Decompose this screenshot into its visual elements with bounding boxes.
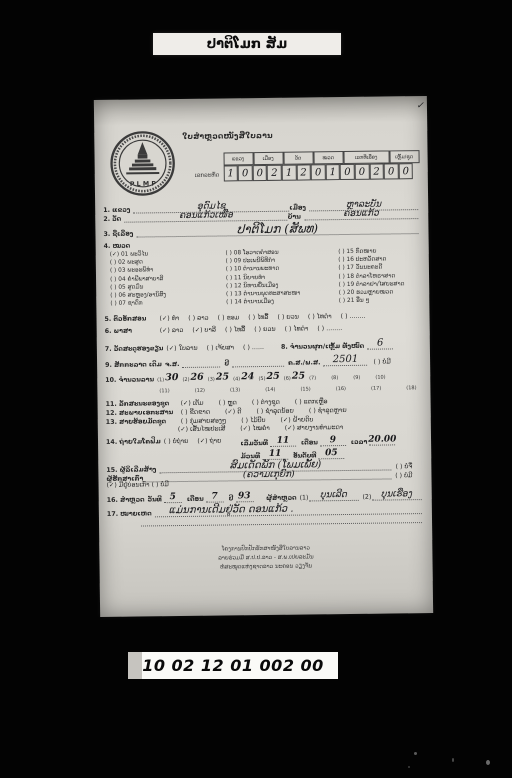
code-digit: 0 <box>257 168 264 180</box>
leaf-count-row-1: (1)30(2)26(3)25(4)24(5)25(6)25(7)(8)(9)(… <box>157 370 401 382</box>
microfilm-date-part: ເລີ່ມວັນທີ11 <box>240 437 296 448</box>
field-label: 5. ຕົວອັກສອນ <box>104 315 156 323</box>
code-digit-cell: 0 <box>311 164 326 180</box>
leaf-count-slots-2: (11)(12)(13)(14)(15)(16)(17)(18)(19)(20) <box>159 383 433 394</box>
checkbox-option: ( ) ຫຼຸດ <box>219 399 237 406</box>
checkbox-option: (✓) ບາລີ <box>192 327 216 334</box>
leaf-count-slot: (13) <box>230 387 251 393</box>
field-label: 9. ສັກກະລາດ ເດິມ <box>105 361 162 369</box>
field-label: 7. ວັດສະດຸຮອງຂຽນ <box>105 345 164 353</box>
code-digit-row: 1002120100200 <box>223 163 419 181</box>
handwritten-film-value: 11 <box>277 437 290 446</box>
checkbox-option: ( ) ໄທລື້ <box>248 314 268 321</box>
code-digit-cell: 2 <box>296 164 311 180</box>
checkbox-option: (✓) ສາຍງານທຳມະດາ <box>285 424 344 432</box>
field-label: 3. ຊື່ເລື່ອງ <box>103 231 133 238</box>
handwritten-surveyor-2: ບຸນເຮືອງ <box>381 490 412 499</box>
leaf-count-slot: (18) <box>406 385 427 391</box>
field-label: 10. ຈຳນວນລານ <box>105 376 154 384</box>
code-column-header: ແຂວງ <box>223 152 253 165</box>
field-title-of-text: 3. ຊື່ເລື່ອງ ປາຕິໂມກ (ສັພທ) <box>103 220 418 238</box>
leaf-count-slot: (4)24 <box>233 372 254 382</box>
checkbox-option: ( ) ໄທດຳ <box>308 313 332 320</box>
checkmark-annotation: ✓ <box>416 102 424 111</box>
handwritten-temple: ຄອນແກ້ວເໜືອ <box>179 211 233 221</box>
leaf-count-slot: (17) <box>371 385 392 391</box>
language-options: (✓) ລາວ(✓) ບາລີ( ) ໄທລື້( ) ຍວນ( ) ໄທດຳ(… <box>160 325 352 334</box>
handwritten-survey-value: 5 <box>170 493 176 502</box>
condition-options: ( ) ຂີດຂາດ(✓) ດີ( ) ຊຳລຸດນ້ອຍ( ) ຊຳລຸດຫຼ… <box>181 407 362 416</box>
code-digit: 1 <box>330 167 337 179</box>
checkbox-option: (✓) ມີຢູ່ບ່ອນເກົ່າ ( ) ບໍ່ມີ <box>107 481 169 489</box>
temple-seal: P L M P <box>108 129 177 198</box>
cord-options-2: (✓) ເສັ້ນໄໝປະເສີ(✓) ໄໝຄຳ(✓) ສາຍງານທຳມະດາ <box>178 424 358 433</box>
microfilm-date-part: ເດືອນ9 <box>301 436 346 447</box>
handwritten-film-value: 9 <box>330 436 336 445</box>
handwritten-surveyor-1: ບຸນເລີດ <box>320 491 347 500</box>
leaf-count-slot: (14) <box>265 387 286 393</box>
code-column-header: ວັດ <box>283 151 313 164</box>
code-column-header: ເມືອງ <box>253 152 283 165</box>
survey-date-part: ປີ93 <box>229 492 254 502</box>
document-page: ✓ P L M P ໃບສຳຫຼວດໜັງສືໃບລານ ເລກລະຫັດ ແຂ… <box>94 96 433 617</box>
film-artifact <box>486 760 490 765</box>
checkbox-option: (✓) ທຳ <box>159 315 179 322</box>
checkbox-option: ( ) ບໍ່ຖ່າຍ <box>164 438 189 445</box>
leaf-count-slot: (16) <box>336 386 357 392</box>
field-era-date: 9. ສັກກະລາດ ເດິມ ຈ.ສ. ປີ ຄ.ສ./ພ.ສ. 2501 … <box>105 355 420 369</box>
field-label: ຜູ້ສຳຫຼວດ <box>266 495 296 502</box>
handwritten-leaf-count: 26 <box>190 373 203 383</box>
checkbox-option: ( ) ກຸ່ມສາຍສອງໆ <box>181 417 226 425</box>
handwritten-year: 2501 <box>333 355 359 365</box>
code-digit-cell: 0 <box>340 164 355 180</box>
leaf-count-row-2: (11)(12)(13)(14)(15)(16)(17)(18)(19)(20) <box>159 384 420 394</box>
film-title-strip: ປາຕິໂມກ ສັມ <box>153 33 341 55</box>
field-label: 8. ຈຳນວນຜູກ/ເຫຼັ້ມ ທັງໝົດ <box>281 343 364 351</box>
leaf-count-slot: (9) <box>353 374 371 380</box>
surveyor-1-label: (1) <box>300 494 309 501</box>
category-column-2: ( ) 08 ໂອວາດຄຳສອນ( ) 09 ປະເພນີພິທີກຳ( ) … <box>225 248 338 307</box>
field-label: 16. ສຳຫຼວດ <box>107 496 145 503</box>
checkbox-option: ( ) ຊຳລຸດນ້ອຍ <box>256 408 293 415</box>
checkbox-option: ( ) ...... <box>243 344 264 351</box>
code-digit: 1 <box>286 168 293 180</box>
checkbox-option: ( ) ຊຳລຸດຫຼາຍ <box>309 407 347 414</box>
code-column-header: ເຫຼັ້ມ/ຊຸດ <box>389 150 419 163</box>
code-digit: 1 <box>227 168 234 180</box>
checkbox-option: ( ) ຍວນ <box>277 314 298 321</box>
checkbox-option: ( ) ໄທລື້ <box>225 326 245 333</box>
code-strip-label: 10 02 12 01 002 00 <box>128 652 338 679</box>
code-column-header: ໝວດ <box>313 151 343 164</box>
handwritten-text-title: ປາຕິໂມກ (ສັພທ) <box>237 222 319 235</box>
category-grid: (✓) 01 ພະວິໄນ( ) 02 ພະສູດ( ) 03 ພະອະພິທຳ… <box>110 247 424 308</box>
handwritten-roll-value: 11 <box>269 450 282 459</box>
leaf-count-slot: (8) <box>331 374 349 380</box>
handwritten-roll-value: 05 <box>325 449 338 458</box>
script-options: (✓) ທຳ( ) ລາວ( ) ຂອມ( ) ໄທລື້( ) ຍວນ( ) … <box>159 313 374 323</box>
handwritten-leaf-count: 25 <box>216 372 229 382</box>
code-digit-cell: 1 <box>223 165 238 181</box>
form-title: ໃບສຳຫຼວດໜັງສືໃບລານ <box>182 131 273 141</box>
leaf-count-slot: (5)25 <box>258 372 279 382</box>
field-language: 6. ພາສາ (✓) ລາວ(✓) ບາລີ( ) ໄທລື້( ) ຍວນ(… <box>105 324 420 335</box>
code-digit-cell: 0 <box>252 165 267 181</box>
handwritten-survey-value: 7 <box>211 493 217 502</box>
checkbox-option: (✓) ໄໝຄຳ <box>240 425 270 432</box>
microfilm-options: ( ) ບໍ່ຖ່າຍ(✓) ຖ່າຍ <box>164 437 231 445</box>
code-digit: 0 <box>242 168 249 180</box>
code-area: ເລກລະຫັດ ແຂວງເມືອງວັດໝວດເລກທີເລື່ອງເຫຼັ້… <box>195 150 420 182</box>
code-digit: 0 <box>315 167 322 179</box>
code-digit: 0 <box>359 167 366 179</box>
checkbox-option: ( ) ຕ່າງຊຸດ <box>252 399 280 406</box>
handwritten-leaf-count: 25 <box>266 372 279 382</box>
seal-letters: P L M P <box>130 181 157 188</box>
field-label: 2. ວັດ <box>103 216 121 223</box>
microfilm-date-line: ເລີ່ມວັນທີ11ເດືອນ9ເວລາ20.00 <box>240 435 400 447</box>
code-digit-cell: 0 <box>384 163 399 179</box>
field-label: 6. ພາສາ <box>105 327 157 335</box>
checkbox-option: (✓) ເຕັມ <box>181 400 204 407</box>
era-label: ຄ.ສ./ພ.ສ. <box>288 359 321 366</box>
handwritten-village: ຄອນແກ້ວ <box>343 210 379 219</box>
handwritten-leaf-count: 25 <box>292 371 305 381</box>
leaf-count-slot: (7) <box>309 375 327 381</box>
leaf-count-slot: (2)26 <box>182 373 203 383</box>
handwritten-fascicle-count: 6 <box>377 339 383 349</box>
field-label: 14. ຖ່າຍໃມໂຄຟິມ <box>106 438 161 446</box>
category-item: ( ) 07 ຊາດົກ <box>110 299 226 309</box>
code-strip-text: 10 02 12 01 002 00 <box>142 656 324 675</box>
handwritten-survey-value: 93 <box>238 492 251 501</box>
category-item: ( ) 14 ຕຳນານເມືອງ <box>226 297 339 307</box>
code-digit-cell: 0 <box>238 165 253 181</box>
code-digit-cell: 1 <box>325 164 340 180</box>
field-material-and-count: 7. ວັດສະດຸຮອງຂຽນ (✓) ໃບລານ( ) ເຈ້ຍສາ( ) … <box>105 339 420 353</box>
microfilm-date-part: ເວລາ20.00 <box>351 435 396 446</box>
field-label: 13. ສາຍຮ້ອຍມັດຊຸດ <box>106 418 178 426</box>
code-digit: 2 <box>373 167 380 179</box>
survey-date-part: ວັນທີ5 <box>147 493 181 503</box>
checkbox-option: ( ) ໄທດຳ <box>285 325 309 332</box>
code-digit-cell: 1 <box>282 165 297 181</box>
stupa-spire <box>138 142 148 155</box>
leaf-count-slot: (12) <box>195 388 216 394</box>
code-digit: 0 <box>402 166 409 178</box>
film-artifact <box>414 752 417 755</box>
film-title-text: ປາຕິໂມກ ສັມ <box>207 37 288 52</box>
checkbox-option: (✓) ເສັ້ນໄໝປະເສີ <box>178 425 225 433</box>
checkbox-option: ( ) ໄມ້ບີບ <box>241 417 265 424</box>
checkbox-option: ( ) ລາວ <box>188 315 208 322</box>
code-digit: 0 <box>344 167 351 179</box>
form-footer: ໂຄງການປົກປັກຮັກສາໜັງສືໃບລານລາວ ລາຍຮ່ວມມື… <box>99 543 432 574</box>
set-options: (✓) ເຕັມ( ) ຫຼຸດ( ) ຕ່າງຊຸດ( ) ແຕກເຫຼືອ <box>181 398 343 407</box>
leaf-count-slot: (6)25 <box>284 371 305 381</box>
checkbox-option: ( ) ແຕກເຫຼືອ <box>295 398 328 405</box>
field-leaf-counts: 10. ຈຳນວນລານ (1)30(2)26(3)25(4)24(5)25(6… <box>105 370 420 383</box>
checkbox-option: (✓) ຝ້າຍດິບ <box>280 416 313 423</box>
checkbox-option: ( ) ຂີດຂາດ <box>181 409 210 416</box>
category-column-3: ( ) 15 ກົດໝາຍ( ) 16 ປະຫວັດສາດ( ) 17 ວັນນ… <box>338 247 423 305</box>
leaf-count-slot: (10) <box>375 374 396 380</box>
code-digit: 2 <box>271 168 278 180</box>
checkbox-option: ( ) ເຈ້ຍສາ <box>207 344 234 351</box>
leaf-count-slot: (11) <box>159 388 180 394</box>
film-frame: ປາຕິໂມກ ສັມ ✓ P L M P ໃບສຳຫຼວດໜັງສືໃບລານ… <box>0 0 512 778</box>
field-label: ບ້ານ <box>288 214 301 221</box>
code-label: ເລກລະຫັດ <box>195 173 220 179</box>
surveyor-2-label: (2) <box>362 494 371 501</box>
era-label: ຈ.ສ. <box>165 361 180 368</box>
checkbox-option: (✓) ລາວ <box>160 327 184 334</box>
field-label: 11. ລັກສະນະຂອງຊຸດ <box>106 400 178 408</box>
code-column-header: ເລກທີເລື່ອງ <box>343 150 389 164</box>
survey-date: ວັນທີ5ເດືອນ7ປີ93 <box>147 492 258 503</box>
checkbox-option: (✓) ຖ່າຍ <box>197 438 221 445</box>
field-script: 5. ຕົວອັກສອນ (✓) ທຳ( ) ລາວ( ) ຂອມ( ) ໄທລ… <box>104 312 419 323</box>
category-item: ( ) 21 ອື່ນ ໆ <box>339 296 424 305</box>
era-label: ປີ <box>224 360 229 367</box>
leaf-count-slot: (3)25 <box>208 372 229 382</box>
category-column-1: (✓) 01 ພະວິໄນ( ) 02 ພະສູດ( ) 03 ພະອະພິທຳ… <box>110 249 226 308</box>
code-digit-cell: 2 <box>369 164 384 180</box>
checkbox-option: ( ) ບໍ່ມີ <box>373 358 390 365</box>
checkbox-option: ( ) ຂອມ <box>218 314 240 321</box>
film-artifact <box>452 758 454 762</box>
microfilm-details: ເລີ່ມວັນທີ11ເດືອນ9ເວລາ20.00 ມ້ວນທີ11ອັນດ… <box>240 435 400 460</box>
code-digit: 0 <box>388 166 395 178</box>
field-label: 12. ສະພາບເອກະສານ <box>106 409 178 417</box>
leaf-count-slot: (1)30 <box>157 373 178 383</box>
seal-graphic: P L M P <box>108 129 177 198</box>
material-options: (✓) ໃບລານ( ) ເຈ້ຍສາ( ) ...... <box>166 344 273 352</box>
code-table: ແຂວງເມືອງວັດໝວດເລກທີເລື່ອງເຫຼັ້ມ/ຊຸດ 100… <box>223 150 419 181</box>
leaf-count-slot: (15) <box>300 386 321 392</box>
code-digit-cell: 0 <box>355 164 370 180</box>
checkbox-option: ( ) ........ <box>317 325 342 332</box>
field-label: 4. ໝວດ <box>104 243 131 250</box>
film-artifact <box>408 766 410 768</box>
handwritten-leaf-count: 30 <box>165 373 178 383</box>
code-digit-cell: 2 <box>267 165 282 181</box>
handwritten-film-value: 20.00 <box>368 435 396 444</box>
survey-date-part: ເດືອນ7 <box>187 492 224 502</box>
checkbox-option: (✓) ດີ <box>225 408 242 415</box>
handwritten-leaf-count: 24 <box>241 372 254 382</box>
checkbox-option: (✓) ໃບລານ <box>166 345 197 352</box>
checkbox-option: ( ) ຍວນ <box>254 326 275 333</box>
code-digit-cell: 0 <box>398 163 413 179</box>
checkbox-option: ( ) ........ <box>341 313 366 320</box>
code-digit: 2 <box>300 167 307 179</box>
